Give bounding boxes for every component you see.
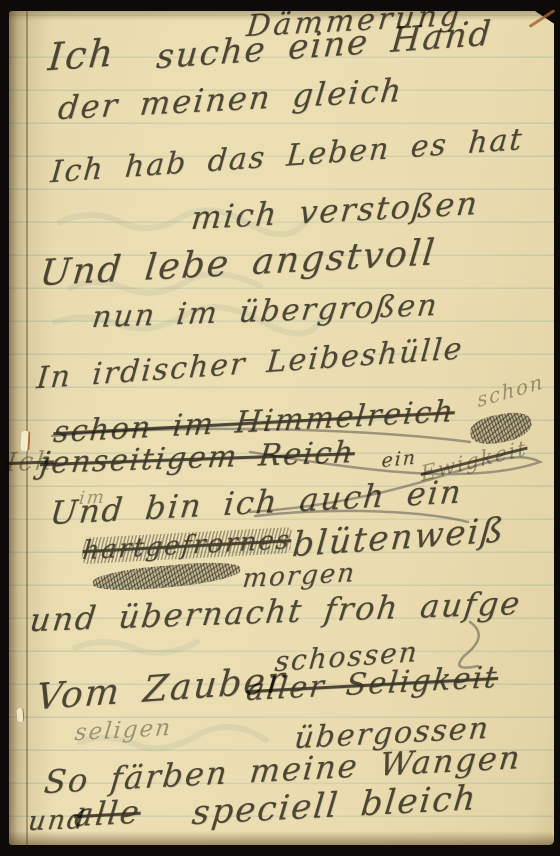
handwriting-line: der meinen gleich	[57, 74, 405, 124]
scanned-notebook-photo: Dämmerung.Ichsuche eine Handder meinen g…	[0, 0, 560, 856]
handwriting-line: In irdischer Leibeshülle	[35, 334, 464, 394]
handwriting-line: nun im übergroßen	[90, 291, 440, 333]
handwriting-line: morgen	[241, 560, 357, 592]
word-ich: Ich	[47, 33, 117, 76]
handwriting-layer: Dämmerung.Ichsuche eine Handder meinen g…	[0, 0, 560, 856]
handwriting-line: mich verstoßen	[190, 187, 481, 234]
handwriting-line: schon	[476, 371, 545, 410]
handwriting-line: hartgefrornes	[81, 527, 292, 564]
handwriting-line: jenseitigem Reich	[38, 438, 356, 479]
handwriting-line: blütenweiß	[291, 513, 507, 562]
handwriting-line: ein	[381, 448, 417, 471]
handwriting-line: seligen	[74, 717, 174, 745]
handwriting-line: und übernacht froh aufge	[28, 587, 523, 636]
handwriting-line: Und lebe angstvoll	[38, 235, 438, 292]
handwriting-line: suche eine Hand	[155, 17, 494, 75]
handwriting-line: alle	[73, 796, 143, 832]
handwriting-line: Ich hab das Leben es hat	[49, 125, 524, 188]
